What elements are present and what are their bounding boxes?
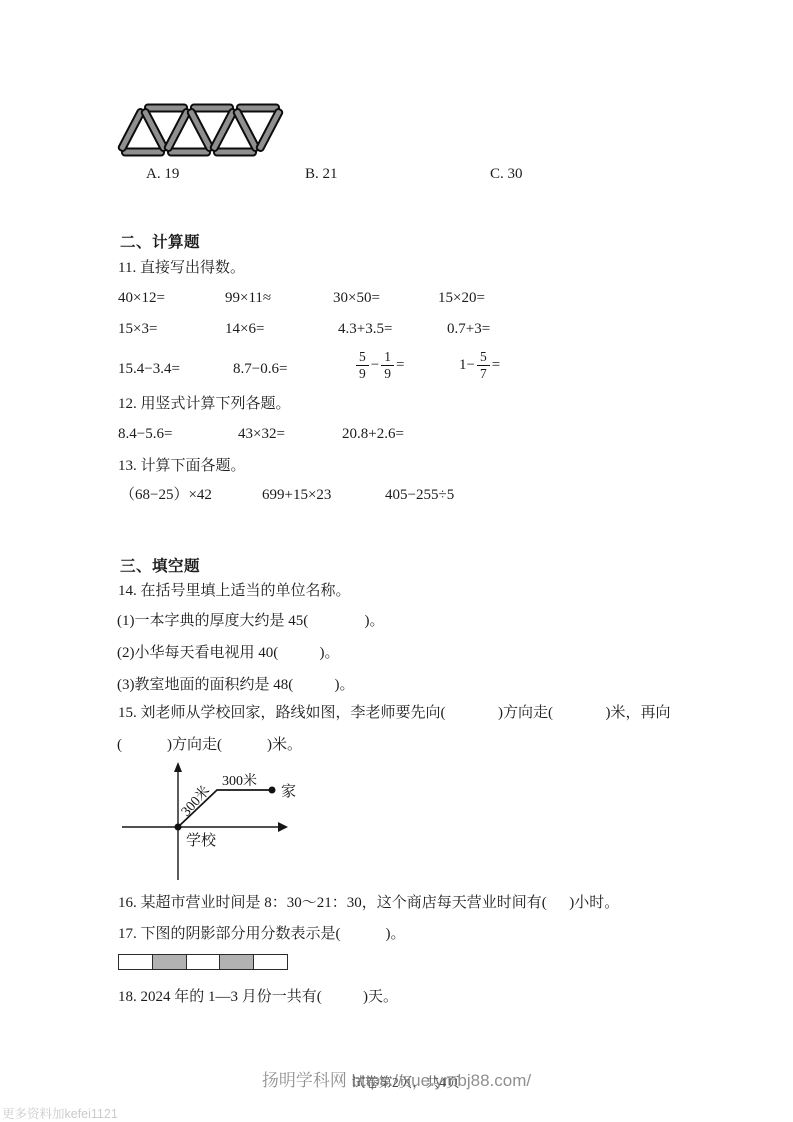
home-dot bbox=[269, 787, 276, 794]
bar-segment-4-shaded bbox=[220, 955, 254, 969]
matchstick bbox=[145, 105, 187, 112]
fraction: 57 bbox=[477, 350, 490, 381]
bar-segment-3 bbox=[187, 955, 221, 969]
lead-term: 1− bbox=[459, 357, 475, 374]
section-3-title: 三、填空题 bbox=[120, 557, 200, 576]
q13-item: 699+15×23 bbox=[262, 486, 331, 505]
home-label: 家 bbox=[281, 783, 296, 800]
q15-line-2: ( )方向走( )米。 bbox=[117, 736, 302, 755]
q12-item: 20.8+2.6= bbox=[342, 425, 404, 444]
corner-watermark: 更多资料加kefei1121 bbox=[2, 1104, 118, 1122]
q13-item: （68−25）×42 bbox=[120, 486, 212, 505]
q11-eq: 15.4−3.4= bbox=[118, 360, 180, 379]
school-label: 学校 bbox=[186, 831, 217, 849]
option-c: C. 30 bbox=[490, 165, 523, 184]
q13-prompt: 13. 计算下面各题。 bbox=[118, 457, 246, 476]
q11-fraction-equation-1: 59 − 19 = bbox=[356, 350, 404, 381]
matchstick bbox=[237, 105, 279, 112]
right-arrow-icon bbox=[278, 822, 288, 832]
option-b: B. 21 bbox=[305, 165, 338, 184]
q11-prompt: 11. 直接写出得数。 bbox=[118, 259, 245, 278]
q11-eq: 14×6= bbox=[225, 320, 264, 339]
q11-fraction-equation-2: 1− 57 = bbox=[459, 350, 500, 381]
matchstick bbox=[164, 108, 192, 152]
q11-eq: 40×12= bbox=[118, 289, 165, 308]
footer-page-number: 试卷第2页，共4页 bbox=[0, 1071, 793, 1091]
minus-sign: − bbox=[371, 357, 379, 374]
distance-label-diagonal: 300米 bbox=[177, 782, 213, 819]
q16-text: 16. 某超市营业时间是 8：30～21：30，这个商店每天营业时间有( )小时… bbox=[118, 894, 619, 913]
bar-segment-1 bbox=[119, 955, 153, 969]
fraction: 59 bbox=[356, 350, 369, 381]
q11-eq: 15×3= bbox=[118, 320, 157, 339]
equals-sign: = bbox=[492, 357, 500, 374]
q17-text: 17. 下图的阴影部分用分数表示是( )。 bbox=[118, 925, 406, 944]
q11-eq: 8.7−0.6= bbox=[233, 360, 287, 379]
fraction: 19 bbox=[381, 350, 394, 381]
q18-text: 18. 2024 年的 1—3 月份一共有( )天。 bbox=[118, 988, 398, 1007]
q12-item: 8.4−5.6= bbox=[118, 425, 172, 444]
matchstick bbox=[168, 149, 210, 156]
matchstick-triangles-figure bbox=[105, 95, 305, 165]
matchstick bbox=[122, 149, 164, 156]
matchstick bbox=[187, 108, 215, 152]
fraction-bar bbox=[118, 954, 288, 970]
q14-sub-1: (1)一本字典的厚度大约是 45( )。 bbox=[117, 612, 384, 631]
q15-line-1: 15. 刘老师从学校回家，路线如图，李老师要先向( )方向走( )米，再向 bbox=[118, 704, 670, 723]
bar-segment-5 bbox=[254, 955, 287, 969]
matchstick bbox=[118, 108, 146, 152]
q11-eq: 0.7+3= bbox=[447, 320, 490, 339]
school-dot bbox=[175, 824, 182, 831]
q12-item: 43×32= bbox=[238, 425, 285, 444]
exam-page: A. 19 B. 21 C. 30 二、计算题 11. 直接写出得数。 40×1… bbox=[0, 0, 793, 1122]
matchstick bbox=[210, 108, 238, 152]
q14-prompt: 14. 在括号里填上适当的单位名称。 bbox=[118, 582, 351, 601]
q14-sub-2: (2)小华每天看电视用 40( )。 bbox=[117, 644, 339, 663]
equals-sign: = bbox=[396, 357, 404, 374]
q12-prompt: 12. 用竖式计算下列各题。 bbox=[118, 395, 291, 414]
route-diagram: 学校 家 300米 300米 bbox=[105, 756, 325, 886]
q13-item: 405−255÷5 bbox=[385, 486, 454, 505]
q14-sub-3: (3)教室地面的面积约是 48( )。 bbox=[117, 676, 354, 695]
matchstick bbox=[191, 105, 233, 112]
q11-eq: 30×50= bbox=[333, 289, 380, 308]
section-2-title: 二、计算题 bbox=[120, 233, 200, 252]
matchstick bbox=[233, 108, 261, 152]
matchstick bbox=[141, 108, 169, 152]
q11-eq: 99×11≈ bbox=[225, 289, 271, 308]
matchstick bbox=[214, 149, 256, 156]
matchstick bbox=[256, 108, 284, 152]
q11-eq: 4.3+3.5= bbox=[338, 320, 392, 339]
option-a: A. 19 bbox=[146, 165, 179, 184]
up-arrow-icon bbox=[174, 762, 182, 772]
bar-segment-2-shaded bbox=[153, 955, 187, 969]
q11-eq: 15×20= bbox=[438, 289, 485, 308]
distance-label-horizontal: 300米 bbox=[222, 772, 257, 789]
